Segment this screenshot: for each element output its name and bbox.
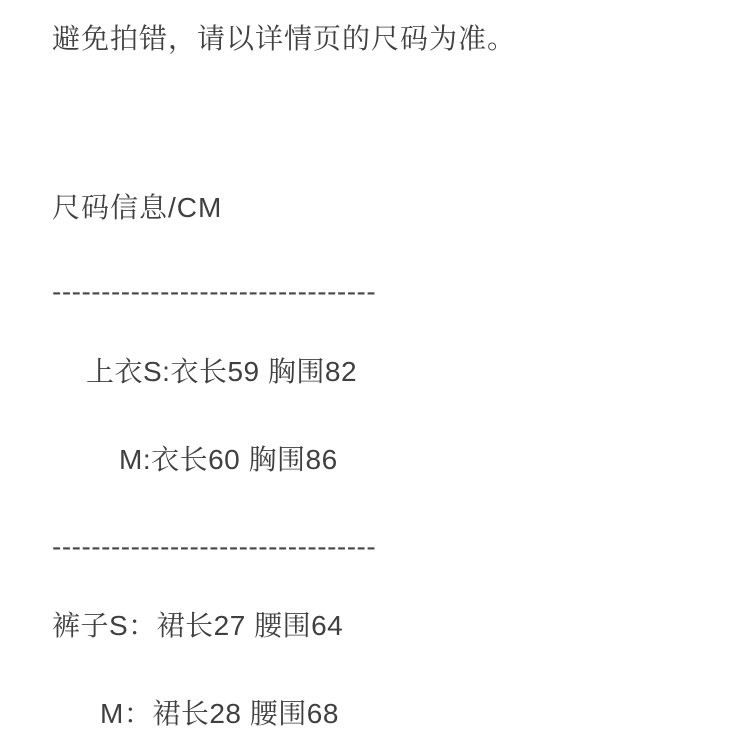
pants-size-s-line: 裤子S：裙长27 腰围64 bbox=[52, 611, 343, 641]
top-size-m-line: M:衣长60 胸围86 bbox=[119, 445, 338, 475]
notice-text: 避免拍错，请以详情页的尺码为准。 bbox=[52, 24, 516, 54]
pants-size-m-line: M：裙长28 腰围68 bbox=[100, 699, 339, 729]
dashed-divider-top: --------------------------------- bbox=[52, 277, 376, 307]
top-size-s-line: 上衣S:衣长59 胸围82 bbox=[86, 357, 357, 387]
size-info-page: 避免拍错，请以详情页的尺码为准。 尺码信息/CM ---------------… bbox=[0, 0, 750, 750]
size-info-title: 尺码信息/CM bbox=[52, 193, 222, 223]
dashed-divider-bottom: --------------------------------- bbox=[52, 532, 376, 562]
